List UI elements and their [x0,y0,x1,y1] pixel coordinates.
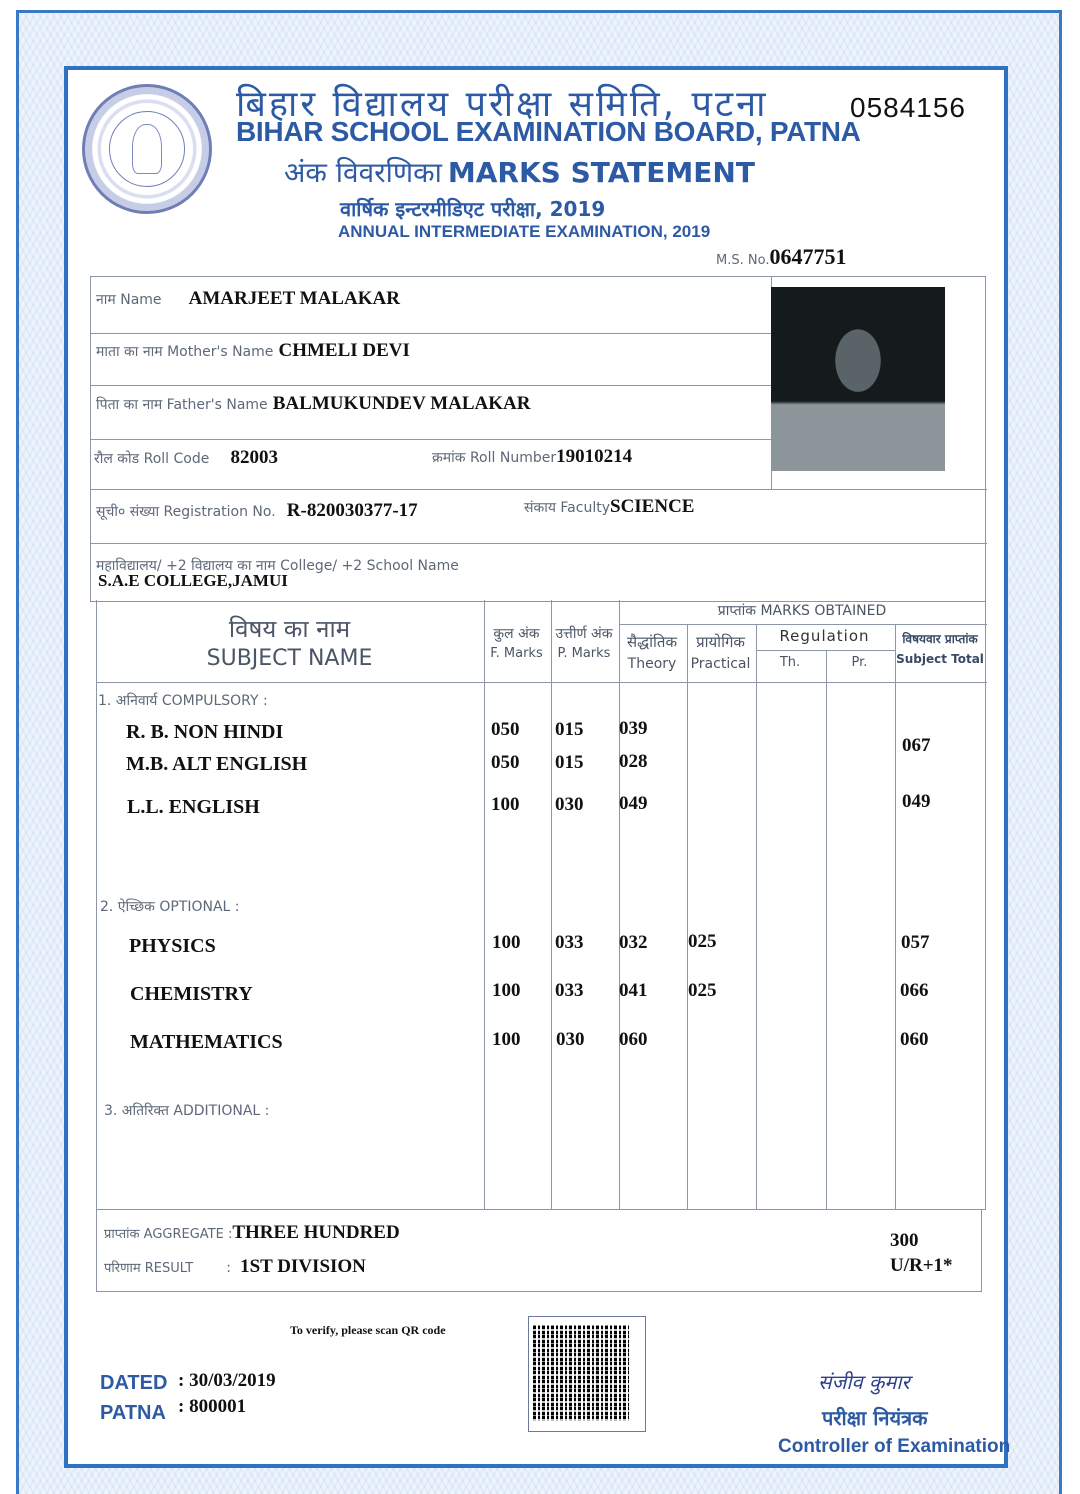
name-row: नाम Name AMARJEET MALAKAR [96,288,400,310]
registration-label: सूची० संख्या Registration No. [96,504,276,520]
roll-code-label: रौल कोड Roll Code [94,451,209,467]
regulation-practical-header: Pr. [825,655,894,670]
ms-number-label: M.S. No. [716,253,769,268]
controller-signature: संजीव कुमार [818,1368,910,1395]
result-category: U/R+1* [890,1255,953,1277]
subject-name: PHYSICS [129,935,216,958]
section-compulsory: 1. अनिवार्य COMPULSORY : [98,691,268,710]
pmarks-header-english: P. Marks [550,646,618,661]
roll-number-label: क्रमांक Roll Number [432,450,556,466]
faculty-label: संकाय Faculty [524,500,610,516]
theory-marks: 041 [619,980,648,1002]
document-title: अंक विवरणिकाMARKS STATEMENT [284,153,755,191]
student-name: AMARJEET MALAKAR [189,288,400,309]
registration-number: R-820030377-17 [287,500,418,521]
aggregate-words: THREE HUNDRED [232,1222,399,1243]
place-label: PATNA [100,1402,166,1425]
mother-row: माता का नाम Mother's Name CHMELI DEVI [96,340,410,362]
fmarks-header-english: F. Marks [483,646,550,661]
theory-marks: 039 [619,718,648,740]
pass-marks: 015 [555,719,584,741]
combined-subject-total: 067 [902,735,931,757]
qr-code[interactable] [528,1316,646,1432]
full-marks: 100 [492,1029,521,1051]
pmarks-header-hindi: उत्तीर्ण अंक [550,624,618,643]
name-label: नाम Name [96,292,162,308]
father-label: पिता का नाम Father's Name [96,397,268,413]
subject-total: 049 [902,791,931,813]
pass-marks: 033 [555,980,584,1002]
full-marks: 100 [492,980,521,1002]
regulation-theory-header: Th. [755,655,825,670]
practical-marks: 025 [688,980,717,1002]
father-row: पिता का नाम Father's Name BALMUKUNDEV MA… [96,393,530,415]
subject-name: R. B. NON HINDI [126,721,283,744]
theory-header-hindi: सैद्धांतिक [618,632,686,652]
pass-marks: 015 [555,752,584,774]
mother-label: माता का नाम Mother's Name [96,344,273,360]
student-photo [771,287,945,471]
subject-total-header-hindi: विषयवार प्राप्तांक [894,630,986,647]
serial-number: 0584156 [850,92,966,124]
practical-header-hindi: प्रायोगिक [686,632,755,652]
exam-name-english: ANNUAL INTERMEDIATE EXAMINATION, 2019 [338,222,710,242]
theory-marks: 060 [619,1029,648,1051]
pass-marks: 033 [555,932,584,954]
pass-marks: 030 [556,1029,585,1051]
pass-marks: 030 [555,794,584,816]
full-marks: 050 [491,719,520,741]
result-row: परिणाम RESULT : 1ST DIVISION [104,1256,366,1278]
dated-value: : 30/03/2019 [178,1370,276,1392]
dated-label: DATED [100,1372,167,1395]
aggregate-value: 300 [890,1230,919,1252]
full-marks: 050 [491,752,520,774]
marks-obtained-header: प्राप्तांक MARKS OBTAINED [618,601,986,620]
verify-text: To verify, please scan QR code [290,1323,446,1338]
subject-header-hindi: विषय का नाम [96,612,483,645]
ms-number: M.S. No.0647751 [716,244,846,270]
controller-title-hindi: परीक्षा नियंत्रक [822,1404,927,1431]
father-name: BALMUKUNDEV MALAKAR [273,393,531,414]
roll-number: 19010214 [556,446,632,467]
result-label: परिणाम RESULT [104,1261,193,1276]
result-separator: : [226,1260,231,1276]
subject-name: CHEMISTRY [130,983,253,1006]
section-optional: 2. ऐच्छिक OPTIONAL : [100,897,240,916]
college-name: S.A.E COLLEGE,JAMUI [98,571,288,591]
subject-header-english: SUBJECT NAME [96,646,483,671]
faculty-row: संकाय FacultySCIENCE [524,496,694,518]
theory-marks: 032 [619,932,648,954]
subject-name: MATHEMATICS [130,1031,283,1054]
aggregate-row: प्राप्तांक AGGREGATE :THREE HUNDRED [104,1222,400,1244]
full-marks: 100 [491,794,520,816]
practical-header-english: Practical [686,656,755,672]
faculty: SCIENCE [610,496,694,517]
roll-number-row: क्रमांक Roll Number19010214 [432,446,632,468]
subject-total: 057 [901,932,930,954]
document-title-hindi: अंक विवरणिका [284,156,442,189]
exam-name-hindi: वार्षिक इन्टरमीडिएट परीक्षा, 2019 [340,195,605,222]
board-seal-icon [82,84,212,214]
controller-title-english: Controller of Examination [778,1436,1010,1458]
pin-code: : 800001 [178,1396,246,1418]
section-additional: 3. अतिरिक्त ADDITIONAL : [104,1101,269,1120]
result-division: 1ST DIVISION [240,1256,366,1277]
subject-name: M.B. ALT ENGLISH [126,753,307,776]
roll-code-row: रौल कोड Roll Code 82003 [94,447,278,469]
aggregate-label: प्राप्तांक AGGREGATE : [104,1227,232,1242]
theory-marks: 049 [619,793,648,815]
subject-total: 060 [900,1029,929,1051]
practical-marks: 025 [688,931,717,953]
subject-total: 066 [900,980,929,1002]
mother-name: CHMELI DEVI [278,340,409,361]
board-name-english: BIHAR SCHOOL EXAMINATION BOARD, PATNA [236,116,861,148]
theory-marks: 028 [619,751,648,773]
subject-total-header-english: Subject Total [894,652,986,666]
theory-header-english: Theory [618,656,686,672]
full-marks: 100 [492,932,521,954]
registration-row: सूची० संख्या Registration No. R-82003037… [96,500,418,522]
roll-code: 82003 [230,447,278,468]
regulation-header: Regulation [755,627,894,645]
fmarks-header-hindi: कुल अंक [483,624,550,643]
ms-number-value: 0647751 [769,244,846,269]
subject-name: L.L. ENGLISH [127,796,260,819]
document-title-english: MARKS STATEMENT [448,156,755,189]
